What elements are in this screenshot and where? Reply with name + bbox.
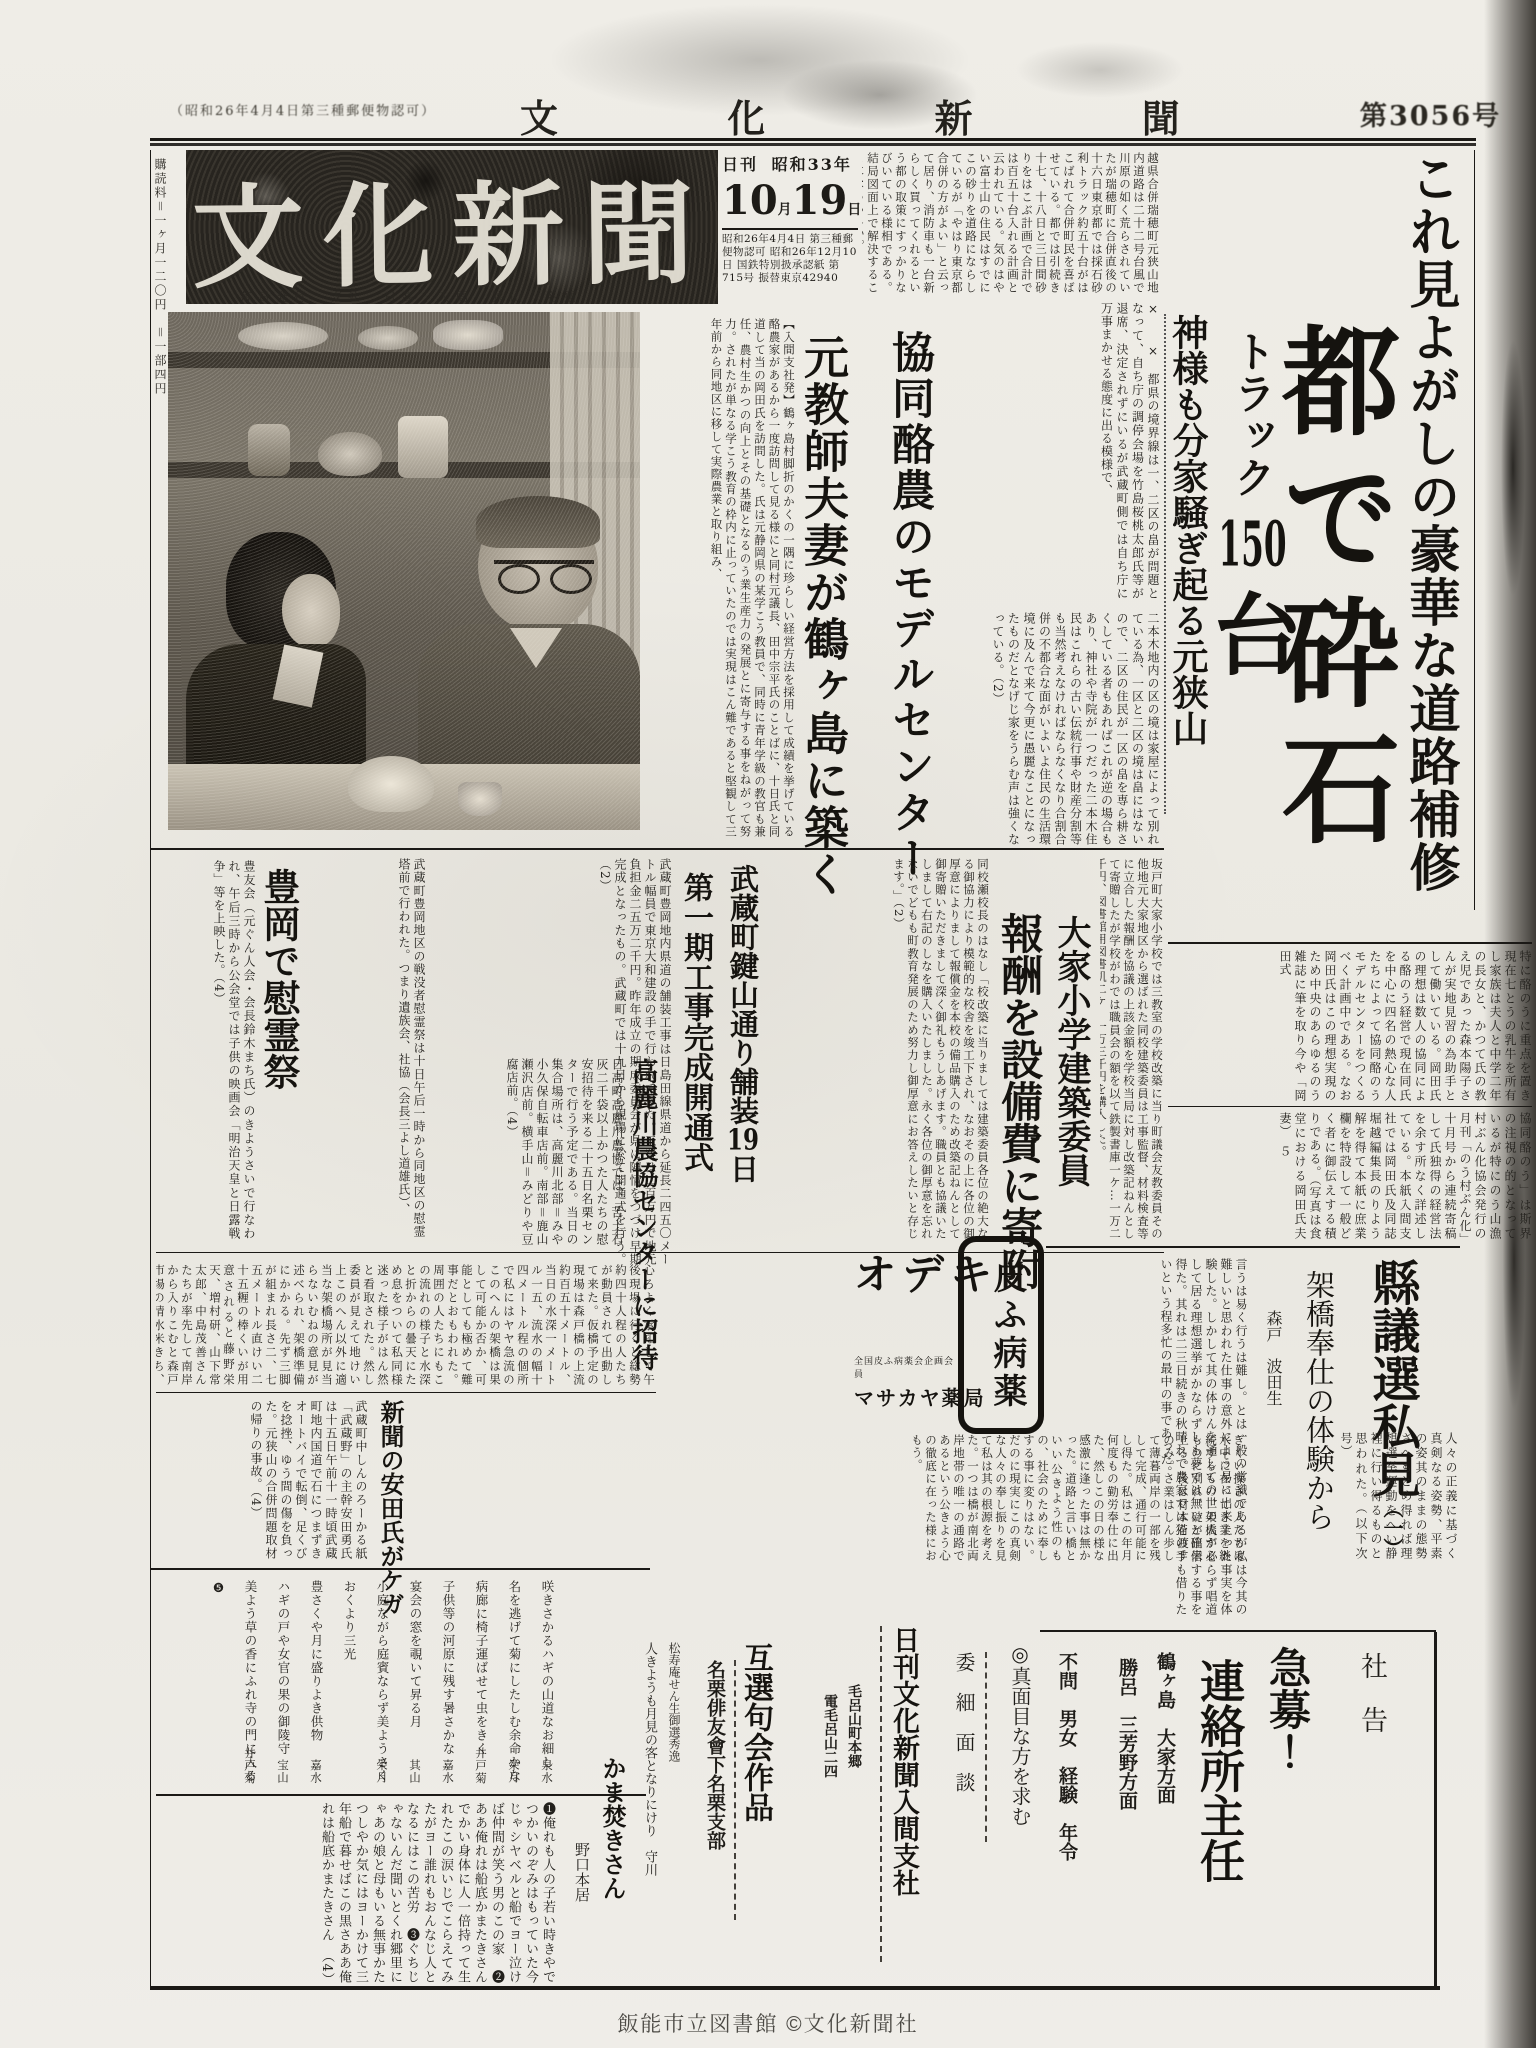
song-body: ❶俺れも人の子若い時きやでつかいのぞみはもっていた今じゃシヤベルと船でヨー泣けば…	[156, 1802, 556, 1984]
date-day-label: 日	[847, 202, 861, 218]
musashi-headline-1: 武蔵町鍵山通り舗装19日	[728, 864, 757, 1216]
musashi-h1-num: 19	[726, 1125, 760, 1154]
kengi-body-3: ぎくい操さの人たちは水中に在ってさ業を継続するもの、架橋するものに別れ、碇が出来…	[856, 1434, 1246, 1562]
notice-address: 毛呂山町本郷	[844, 1684, 864, 1824]
notice-kyubo: 急募！	[1266, 1646, 1308, 1816]
model-headline-2: 元教師夫妻が鶴ヶ島に築く	[800, 334, 845, 908]
truck-dai: 台	[1200, 589, 1304, 677]
mid-rule-left	[150, 848, 1164, 850]
truck-count: 150	[1216, 513, 1289, 575]
masthead-logo-text: 文化新聞	[191, 144, 713, 310]
bottom-thick-rule	[150, 1986, 1440, 1990]
model-split-rule	[1168, 1106, 1532, 1107]
lead-body-3: 二本木地内の区の境は家屋によって別れている為、一区と二区の境は畠にはないので、二…	[952, 612, 1160, 846]
oya-body-2: 同校瀬校長のはなし「校改築に当りましては建築委員各位の絶大なる御協力により模範的…	[778, 858, 990, 1240]
lead-body-2: × × 都県の境界線は一、二区の畠が問題となって、自ち庁の調停会場を竹島桜桃太郎…	[952, 302, 1160, 600]
poem-column: 名を逃げて菊にしたしむ余命かな栄月	[505, 1580, 523, 1786]
kengi-rule	[1046, 1246, 1460, 1248]
gosen-first-poem: 人きようも月見の客となりにけり 守川	[640, 1642, 659, 1922]
photo-grain	[168, 312, 640, 830]
ad-shop-name: マサカヤ薬局	[854, 1382, 986, 1411]
model-body-1: 【入間支社発】鶴ヶ島村脚折のかくの一隅に珍らしい経営方法を採用して成績を挙げてい…	[646, 318, 796, 838]
poem-column: 美よう草の香にふれ寺の門に入る井戸菊	[241, 1580, 259, 1786]
notice-org: 日刊文化新聞入間支社	[880, 1626, 917, 1962]
toyo-headline: 豊岡で慰霊祭	[260, 868, 297, 1118]
poem-column: 豊さくや月に盛りよき供物嘉水	[307, 1580, 325, 1786]
musashi-headline-2: 第一期工事完成開通式	[680, 872, 710, 1202]
page-title: 文 化 新 聞	[520, 88, 1020, 143]
daily-label: 日刊	[722, 155, 758, 174]
song-title: かま焚きさん	[600, 1756, 624, 1946]
notice-line-5: 委 細 面 談	[950, 1652, 987, 1842]
lead-body-1: 越県合併瑞穂町元狭山地内道路は二十二号台風で川原の如く荒らされていたが瑞穂町に合…	[862, 152, 1160, 294]
lead-headline-truck: トラック 150 台	[1208, 330, 1296, 890]
left-frame-line	[150, 150, 151, 1990]
notice-label: 社 告	[1352, 1652, 1391, 1812]
right-frame-line	[1474, 150, 1475, 910]
notice-line-4: ◎真面目な方を求む	[1006, 1642, 1035, 1892]
issue-number: 第3056号	[1360, 94, 1501, 133]
notice-role: 連絡所主任	[1196, 1658, 1241, 1908]
mid-rule-right	[1168, 942, 1532, 944]
koma-body: 日高町高麗川農協では、苦土石灰二千袋以上かつた人たちの慰安招待を来る二十五日名栗…	[430, 1058, 624, 1246]
model-headline-1: 協同酪農のモデルセンター	[888, 330, 931, 902]
library-caption: 飯能市立図書館 ©文化新聞社	[0, 2008, 1536, 2038]
poems-region: 咲きさかるハギの山道なお細し泉水名を逃げて菊にしたしむ余命かな栄月病廊に椅子運ば…	[156, 1580, 556, 1786]
model-body-3: 協同酪のう」は斯界の注視の的となっているが特にのう山漁村ぶん化協会発行の月刊「の…	[1168, 1112, 1532, 1240]
header-rule	[150, 138, 1476, 141]
musashi-h1-day: 日	[726, 1154, 760, 1183]
musashi-h1-text: 武蔵町鍵山通り舗装	[726, 864, 760, 1125]
poem-column: 子供等の河原に残す暑さかな嘉水	[439, 1580, 457, 1786]
oya-body-1: 坂戸町大家小学校では三教室の学校改築に当り町議会友教委員その他地元大家地区から選…	[1100, 858, 1164, 1240]
poems-song-rule	[156, 1794, 646, 1796]
kengi-body-2: 心ろよく承知して午後現場に行くと総勢約四十人程の人たちが動員されて出動して来た。…	[156, 1264, 656, 1386]
poem-column: 咲きさかるハギの山道なお細し泉水	[538, 1580, 556, 1786]
notice-line-3: 不問 男女 経験 年令	[1054, 1652, 1081, 1942]
subscription-price: 購読料＝一ヶ月一二〇円 ＝一部四円	[152, 158, 169, 418]
song-author: 野口本居	[572, 1842, 593, 1962]
newspaper-page: （昭和26年4月4日第三種郵便物認可） 文 化 新 聞 第3056号 購読料＝一…	[0, 0, 1536, 2048]
lead-kicker: これ見よがしの豪華な道路補修	[1404, 152, 1455, 910]
scan-blotch	[1496, 300, 1530, 720]
notice-right-rule	[1434, 1632, 1437, 1986]
gosen-title: 互選句会作品	[740, 1642, 770, 1902]
poem-column: ハギの戸や女官の果の御陵守宝山	[274, 1580, 292, 1786]
poem-column: 小庭ながら庭賓ならず美ようさく栄月	[373, 1580, 391, 1786]
date-block: 日刊 昭和33年 10月19日 昭和26年4月4日 第三種郵便物認可 昭和26年…	[722, 152, 860, 292]
gosen-group: 名栗俳友會下名栗支部	[702, 1660, 736, 1920]
notice-line-1: 鶴ヶ島 大家方面	[1152, 1652, 1179, 1902]
ad-odeki: 皮ふ病薬 オデキ 全国皮ふ病薬会企画会員 マサカヤ薬局	[854, 1236, 1044, 1426]
date-month-label: 月	[778, 202, 792, 218]
notice-top-rule	[1040, 1630, 1436, 1632]
oya-headline-1: 大家小学建築委員	[1054, 915, 1088, 1215]
poem-column: 宴会の窓を覗いて昇る月其山	[406, 1580, 424, 1786]
notice-line-2: 勝呂 三芳野方面	[1114, 1658, 1141, 1908]
date-day: 19	[792, 177, 848, 224]
poem-column: ❺	[211, 1580, 226, 1786]
yasuda-body: 武蔵町中しんのろーかる紙「武蔵野」の主幹安田勇氏は十五日午前十一時頃武蔵町地内国…	[160, 1400, 368, 1560]
toyo-body-2: 豊友会（元ぐん人会・会長鈴木まち氏）のきようさいで行なわれ、午后三時から公会堂で…	[156, 860, 256, 1240]
poem-column: 病廊に椅子運ばせて虫をきく井戸菊	[472, 1580, 490, 1786]
approval-lines: 昭和26年4月4日 第三種郵便物認可 昭和26年12月10日 国鉄特別扱承認紙 …	[722, 228, 858, 285]
yasuda-rule	[156, 1392, 656, 1393]
model-body-2: 特に酪のうに重点を置き現在七とうの乳牛を所有し家族は夫人と中学二年の長女と、かつ…	[1168, 950, 1532, 1102]
photo	[168, 312, 640, 830]
toyo-body-1: 武蔵町豊岡地区の戦没者慰霊祭は十日午后一時から同地区の慰霊塔前で行われた。つまり…	[310, 858, 426, 1238]
gosen-selector: 松寿庵せん生御選秀逸	[666, 1642, 683, 1832]
truck-text: トラック	[1228, 330, 1277, 498]
header-note: （昭和26年4月4日第三種郵便物認可）	[170, 100, 436, 119]
lead-subhead: 神様も分家騒ぎ起る元狭山	[1164, 314, 1206, 814]
kengi-body-4: 人々の正義に基づく真剣なる姿勢、平素の姿其のままの態勢さへもとめ得れば理想選挙運…	[1252, 1432, 1458, 1560]
masthead-logo: 文化新聞	[186, 150, 718, 304]
notice-phone: 電毛呂山二四	[820, 1694, 840, 1834]
date-month: 10	[722, 177, 778, 224]
ad-product-name: オデキ	[854, 1242, 998, 1302]
ad-note: 全国皮ふ病薬会企画会員	[854, 1354, 958, 1380]
poem-column: おくより三光	[340, 1580, 358, 1786]
era-date: 昭和33年	[772, 155, 852, 174]
